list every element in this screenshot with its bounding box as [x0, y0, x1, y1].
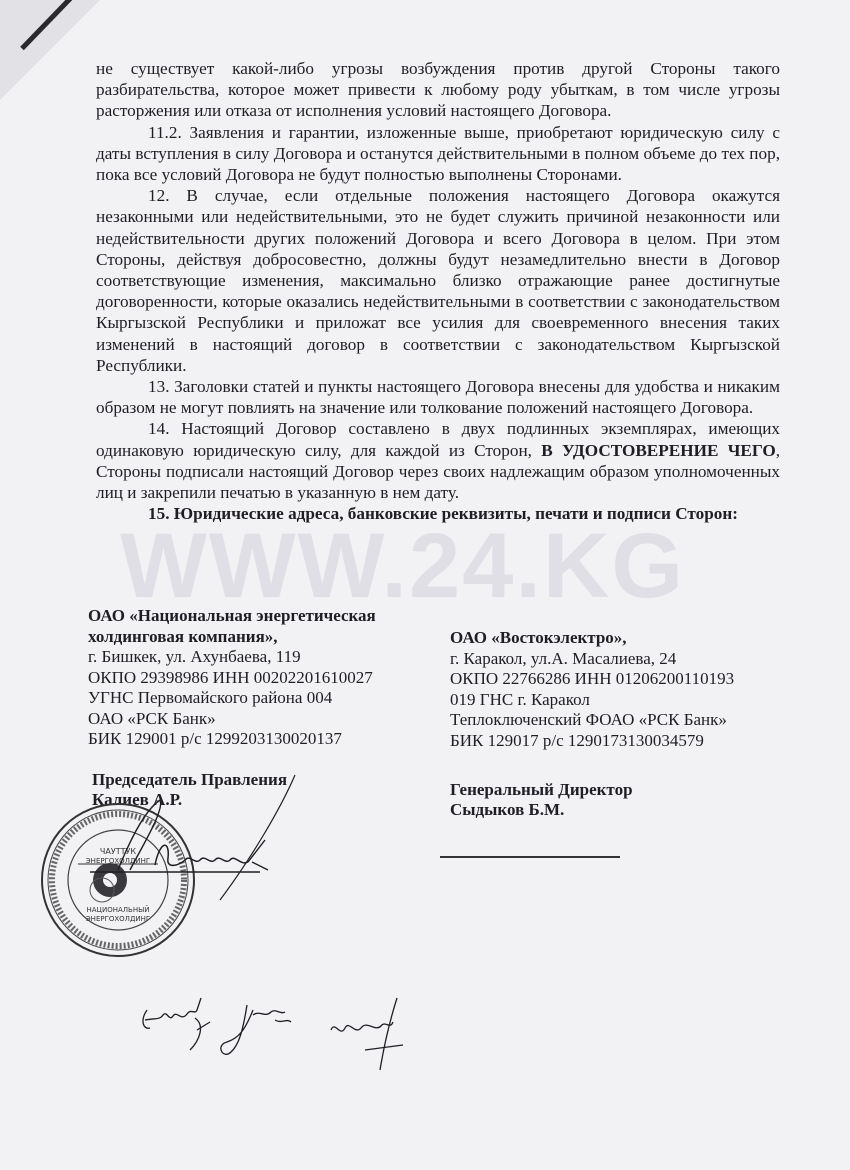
paragraph-11-2: 11.2. Заявления и гарантии, изложенные в…: [96, 122, 780, 186]
paragraph-continuation: не существует какой-либо угрозы возбужде…: [96, 58, 780, 122]
paragraph-14-emphasis: В УДОСТОВЕРЕНИЕ ЧЕГО: [541, 441, 775, 460]
party-left-bank: ОАО «РСК Банк»: [88, 709, 376, 730]
party-right-bank: Теплоключенский ФОАО «РСК Банк»: [450, 710, 734, 731]
right-signatory-block: Генеральный Директор Сыдыков Б.М.: [450, 780, 633, 820]
right-signature-line: [440, 856, 620, 858]
party-left-codes: ОКПО 29398986 ИНН 00202201610027: [88, 668, 376, 689]
paragraph-12: 12. В случае, если отдельные положения н…: [96, 185, 780, 376]
contract-body: не существует какой-либо угрозы возбужде…: [96, 58, 780, 524]
party-left-name-1: ОАО «Национальная энергетическая: [88, 606, 376, 627]
paragraph-15-heading: 15. Юридические адреса, банковские рекви…: [96, 503, 780, 524]
party-right-name: ОАО «Востокэлектро»,: [450, 628, 734, 649]
right-signatory-name: Сыдыков Б.М.: [450, 800, 633, 820]
party-left-name-2: холдинговая компания»,: [88, 627, 376, 648]
party-right-address: г. Каракол, ул.А. Масалиева, 24: [450, 649, 734, 670]
document-page: WWW.24.KG не существует какой-либо угроз…: [0, 0, 850, 1170]
right-signatory-position: Генеральный Директор: [450, 780, 633, 800]
paragraph-13: 13. Заголовки статей и пункты настоящего…: [96, 376, 780, 418]
left-signature-icon: [70, 770, 310, 930]
paragraph-14: 14. Настоящий Договор составлено в двух …: [96, 418, 780, 503]
party-left-tax: УГНС Первомайского района 004: [88, 688, 376, 709]
party-right-tax: 019 ГНС г. Каракол: [450, 690, 734, 711]
party-right-codes: ОКПО 22766286 ИНН 01206200110193: [450, 669, 734, 690]
party-left-bik: БИК 129001 р/с 1299203130020137: [88, 729, 376, 750]
party-left-details: ОАО «Национальная энергетическая холдинг…: [88, 606, 376, 750]
party-right-details: ОАО «Востокэлектро», г. Каракол, ул.А. М…: [450, 628, 734, 751]
watermark: WWW.24.KG: [120, 520, 760, 612]
party-right-bik: БИК 129017 р/с 1290173130034579: [450, 731, 734, 752]
initials-signatures-icon: [135, 990, 435, 1080]
party-left-address: г. Бишкек, ул. Ахунбаева, 119: [88, 647, 376, 668]
